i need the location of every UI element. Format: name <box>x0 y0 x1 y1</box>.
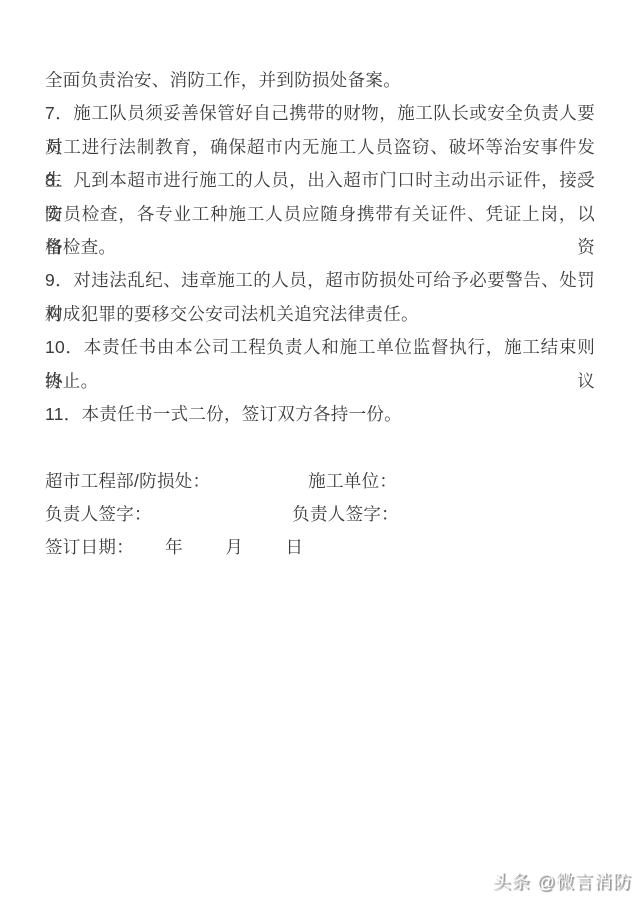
day-label: 日 <box>286 531 341 564</box>
toutiao-watermark: 头条 @微言消防 <box>493 868 632 894</box>
left-signer-label: 负责人签字： <box>45 498 287 531</box>
signature-block: 超市工程部/防损处： 施工单位： 负责人签字： 负责人签字： 签订日期： 年 月… <box>45 465 595 565</box>
document-page: 全面负责治安、消防工作，并到防损处备案。 7．施工队员须妥善保管好自己携带的财物… <box>0 0 640 905</box>
clause-11-line-1: 11．本责任书一式二份，签订双方各持一份。 <box>45 398 595 431</box>
clause-9-line-2: 构成犯罪的要移交公安司法机关追究法律责任。 <box>45 298 595 331</box>
clause-8-line-1: 8．凡到本超市进行施工的人员，出入超市门口时主动出示证件，接受安 <box>45 164 595 197</box>
agreement-body: 全面负责治安、消防工作，并到防损处备案。 7．施工队员须妥善保管好自己携带的财物… <box>45 64 595 565</box>
signing-date-label: 签订日期： <box>45 531 160 564</box>
month-label: 月 <box>225 531 280 564</box>
year-label: 年 <box>165 531 220 564</box>
signature-row-departments: 超市工程部/防损处： 施工单位： <box>45 465 595 498</box>
clause-9-line-1: 9．对违法乱纪、违章施工的人员，超市防损处可给予必要警告、处罚对 <box>45 264 595 297</box>
signature-row-signers: 负责人签字： 负责人签字： <box>45 498 595 531</box>
right-signer-label: 负责人签字： <box>292 504 399 524</box>
supermarket-dept-label: 超市工程部/防损处： <box>45 465 303 498</box>
clause-10-line-1: 10．本责任书由本公司工程负责人和施工单位监督执行，施工结束则协议 <box>45 331 595 364</box>
clause-7-line-2: 员工进行法制教育，确保超市内无施工人员盗窃、破坏等治安事件发生。 <box>45 131 595 164</box>
signature-row-date: 签订日期： 年 月 日 <box>45 531 595 564</box>
clause-8-line-2: 防员检查，各专业工种施工人员应随身携带有关证件、凭证上岗，以备资 <box>45 198 595 231</box>
clause-7-line-1: 7．施工队员须妥善保管好自己携带的财物，施工队长或安全负责人要对 <box>45 97 595 130</box>
construction-unit-label: 施工单位： <box>308 471 397 491</box>
body-line-continuation: 全面负责治安、消防工作，并到防损处备案。 <box>45 64 595 97</box>
